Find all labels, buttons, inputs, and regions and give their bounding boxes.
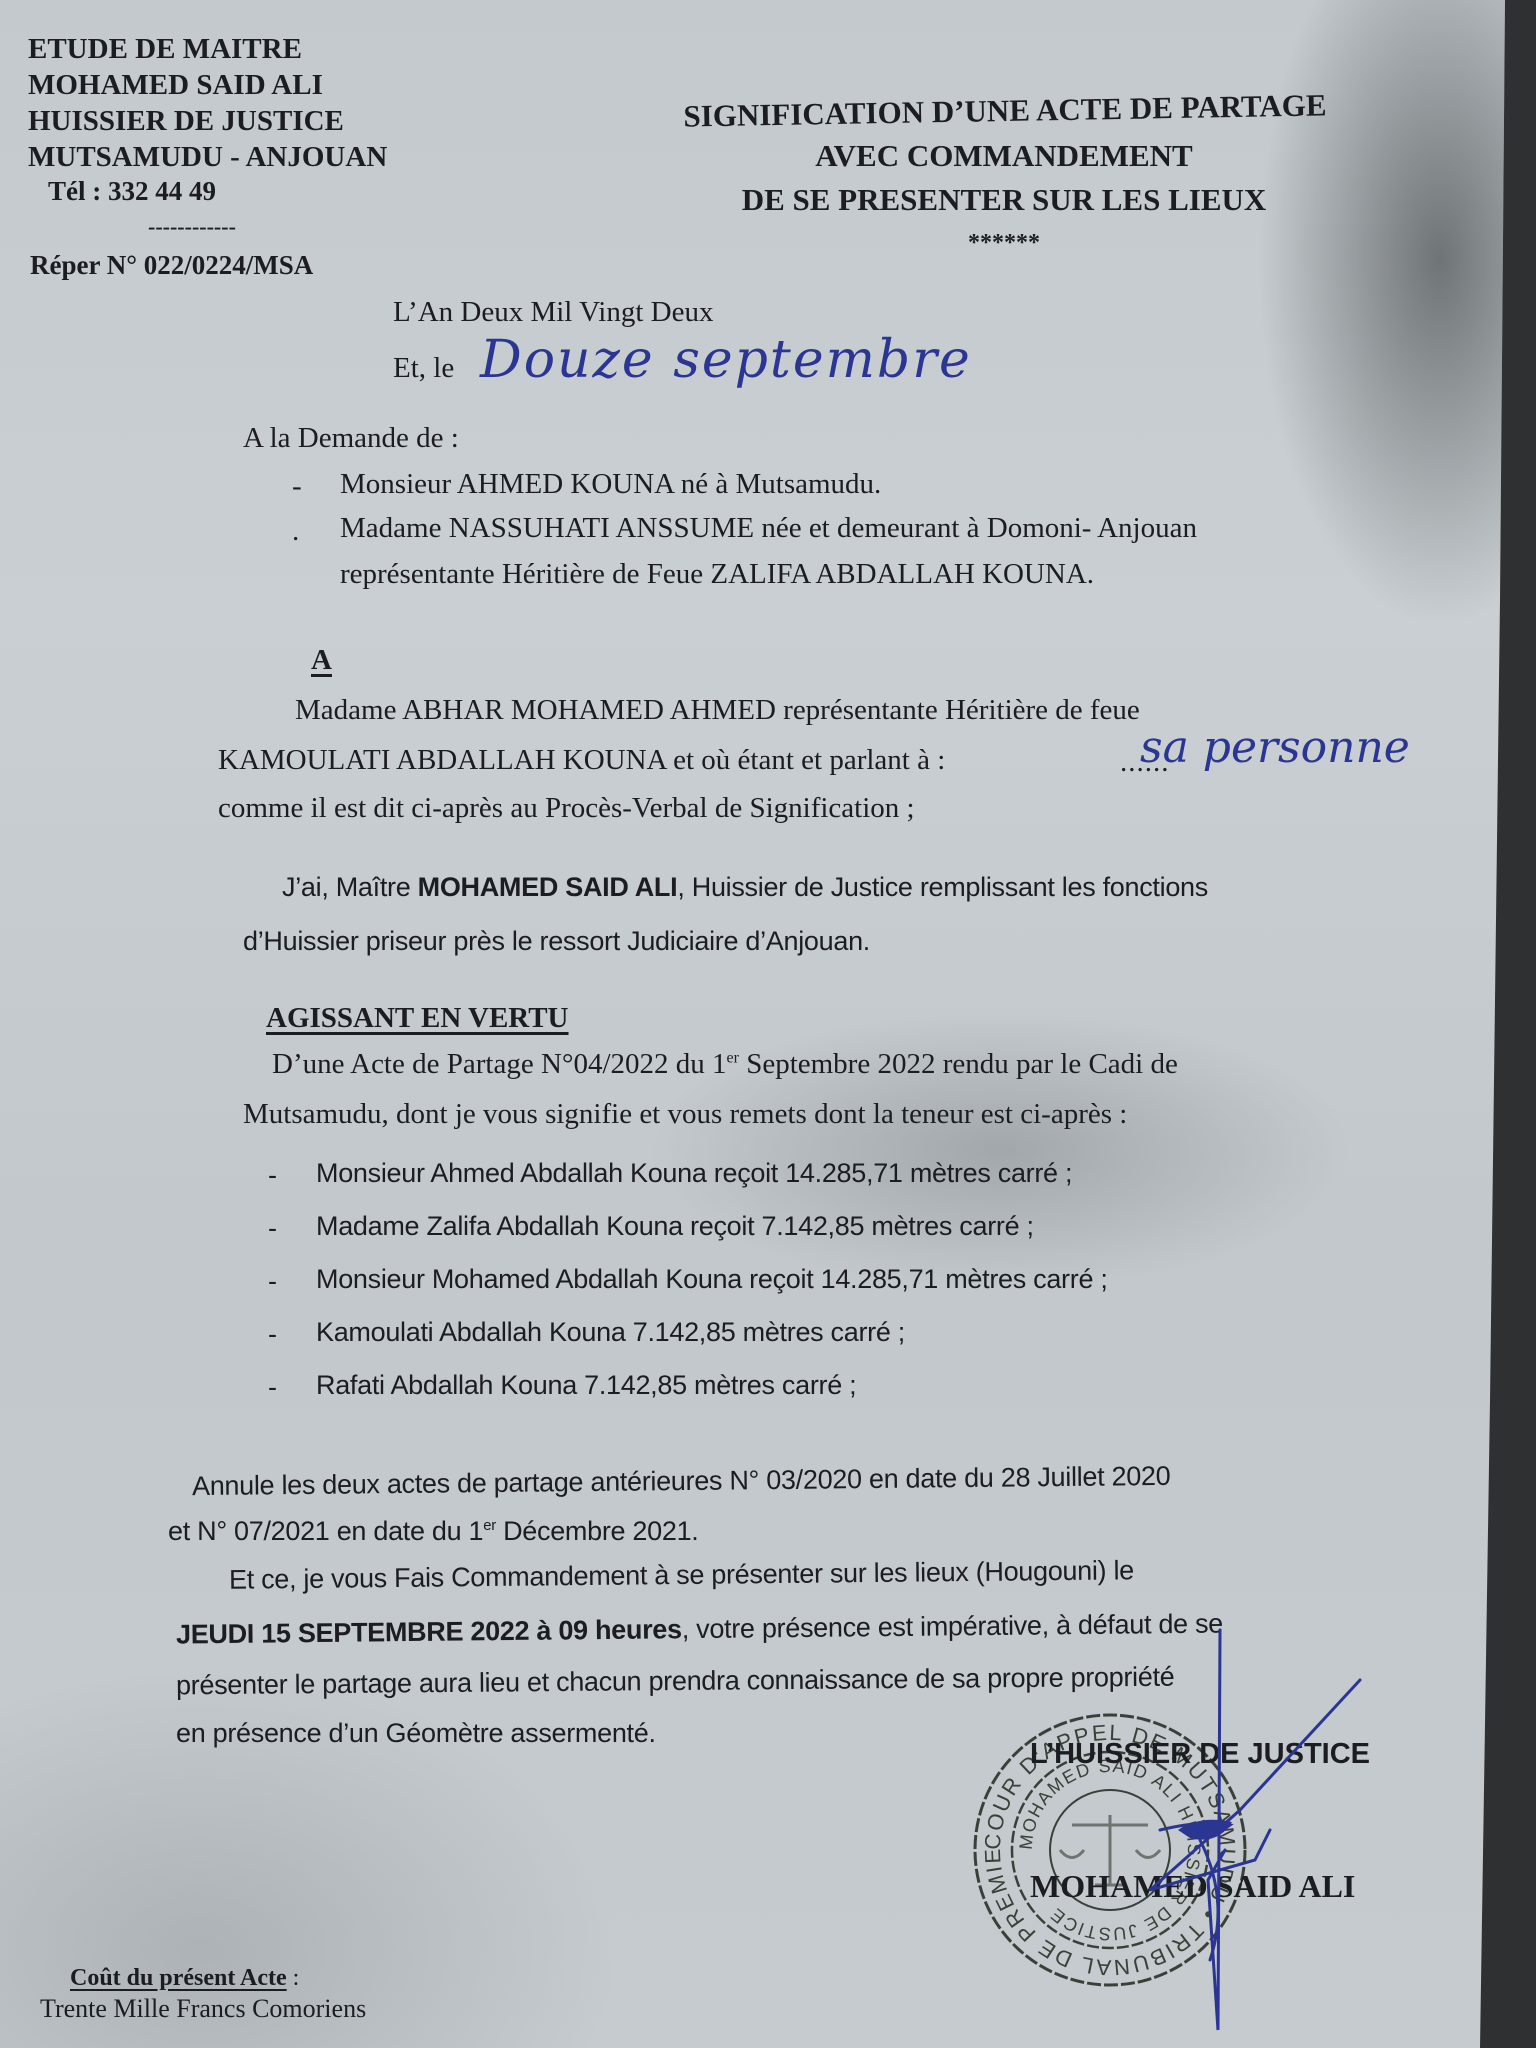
share-item: Monsieur Ahmed Abdallah Kouna reçoit 14.… xyxy=(316,1158,1072,1189)
bailiff-statement-line-2: d’Huissier priseur près le ressort Judic… xyxy=(243,926,870,957)
share-item: Rafati Abdallah Kouna 7.142,85 mètres ca… xyxy=(316,1370,856,1401)
office-phone: Tél : 332 44 49 xyxy=(48,174,216,208)
office-location: MUTSAMUDU - ANJOUAN xyxy=(28,140,387,174)
date-day-prefix: Et, le xyxy=(393,352,454,385)
annulment-line-1: Annule les deux actes de partage antérie… xyxy=(192,1461,1171,1502)
requester-2-continuation: représentante Héritière de Feue ZALIFA A… xyxy=(340,558,1094,591)
annulment-line-2-a: et N° 07/2021 en date du 1 xyxy=(168,1516,483,1546)
authority-line-2: Mutsamudu, dont je vous signifie et vous… xyxy=(243,1098,1127,1131)
annulment-sup: er xyxy=(483,1518,496,1534)
cost-value: Trente Mille Francs Comoriens xyxy=(40,1994,366,2024)
authority-line-1-a: D’une Acte de Partage N°04/2022 du 1 xyxy=(272,1048,727,1080)
recipient-line-1: Madame ABHAR MOHAMED AHMED représentante… xyxy=(295,694,1140,727)
command-line-4: en présence d’un Géomètre assermenté. xyxy=(176,1718,656,1749)
share-dash: - xyxy=(268,1266,277,1297)
share-item: Kamoulati Abdallah Kouna 7.142,85 mètres… xyxy=(316,1317,905,1348)
cost-label-wrapper: Coût du présent Acte : xyxy=(70,1965,299,1992)
repertoire-number: Réper N° 022/0224/MSA xyxy=(30,248,313,282)
appointment-datetime: JEUDI 15 SEPTEMBRE 2022 à 09 heures xyxy=(176,1614,682,1649)
authority-line-1: D’une Acte de Partage N°04/2022 du 1er S… xyxy=(272,1048,1178,1081)
bailiff-role: HUISSIER DE JUSTICE xyxy=(28,104,344,138)
command-line-2: JEUDI 15 SEPTEMBRE 2022 à 09 heures, vot… xyxy=(176,1609,1223,1651)
annulment-line-2: et N° 07/2021 en date du 1er Décembre 20… xyxy=(168,1516,699,1547)
authority-sup: er xyxy=(727,1049,739,1066)
document-title-line-2: AVEC COMMANDEMENT xyxy=(624,137,1384,174)
bailiff-statement-name: MOHAMED SAID ALI xyxy=(418,872,678,902)
recipient-heading: A xyxy=(311,644,332,677)
share-item: Madame Zalifa Abdallah Kouna reçoit 7.14… xyxy=(316,1211,1034,1242)
share-dash: - xyxy=(268,1160,277,1191)
bullet-dash: - xyxy=(292,470,302,503)
recipient-line-3: comme il est dit ci-après au Procès-Verb… xyxy=(218,792,915,825)
authority-heading: AGISSANT EN VERTU xyxy=(266,1002,569,1035)
date-year: L’An Deux Mil Vingt Deux xyxy=(393,296,713,329)
bailiff-prefix: J’ai, Maître xyxy=(282,872,418,902)
document-page: ETUDE DE MAITRE MOHAMED SAID ALI HUISSIE… xyxy=(0,0,1510,2048)
authority-line-1-b: Septembre 2022 rendu par le Cadi de xyxy=(739,1048,1178,1080)
document-title-line-3: DE SE PRESENTER SUR LES LIEUX xyxy=(624,181,1384,218)
cost-colon: : xyxy=(287,1965,300,1991)
requesters-intro: A la Demande de : xyxy=(243,422,459,455)
share-dash: - xyxy=(268,1213,277,1244)
document-title-line-1: SIGNIFICATION D’UNE ACTE DE PARTAGE xyxy=(625,85,1386,135)
bailiff-suffix: , Huissier de Justice remplissant les fo… xyxy=(677,872,1208,902)
recipient-handwritten: sa personne xyxy=(1140,722,1410,773)
share-dash: - xyxy=(268,1372,277,1403)
bullet-dot: . xyxy=(292,515,299,548)
office-name: ETUDE DE MAITRE xyxy=(28,32,302,66)
bailiff-name: MOHAMED SAID ALI xyxy=(28,68,323,102)
annulment-line-2-b: Décembre 2021. xyxy=(496,1516,699,1546)
handwritten-signature-icon xyxy=(1100,1600,1460,2048)
date-day-handwritten: Douze septembre xyxy=(480,330,972,390)
share-dash: - xyxy=(268,1319,277,1350)
command-line-3: présenter le partage aura lieu et chacun… xyxy=(176,1662,1175,1702)
requester-2: Madame NASSUHATI ANSSUME née et demeuran… xyxy=(340,512,1197,545)
header-separator: ------------ xyxy=(148,210,236,244)
recipient-line-2: KAMOULATI ABDALLAH KOUNA et où étant et … xyxy=(218,744,945,777)
requester-1: Monsieur AHMED KOUNA né à Mutsamudu. xyxy=(340,468,881,501)
title-stars: ****** xyxy=(624,225,1384,262)
cost-label: Coût du présent Acte xyxy=(70,1965,287,1991)
command-line-1: Et ce, je vous Fais Commandement à se pr… xyxy=(229,1555,1134,1595)
bailiff-statement-line-1: J’ai, Maître MOHAMED SAID ALI, Huissier … xyxy=(282,872,1208,903)
share-item: Monsieur Mohamed Abdallah Kouna reçoit 1… xyxy=(316,1264,1108,1295)
